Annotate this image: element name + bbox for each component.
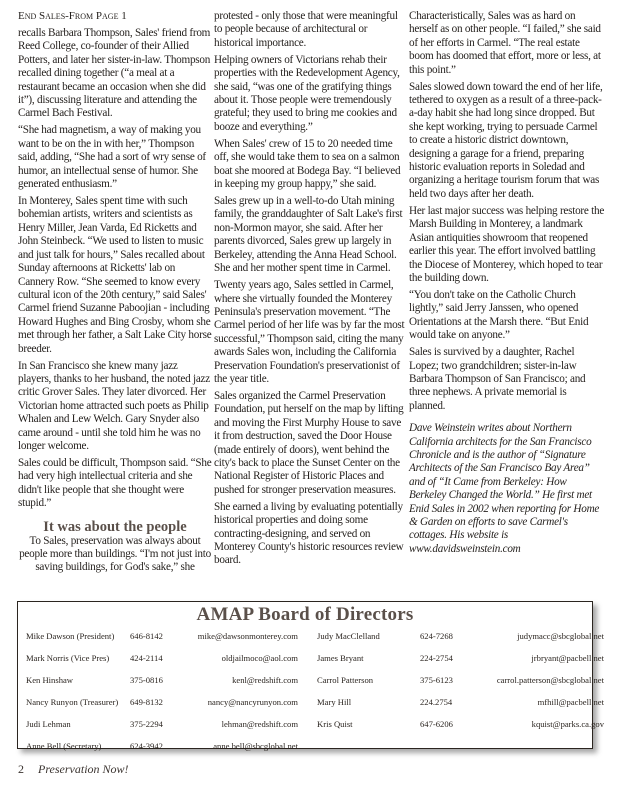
paragraph: She earned a living by evaluating potent… bbox=[214, 501, 406, 568]
paragraph: Sales could be difficult, Thompson said.… bbox=[18, 457, 212, 511]
member-email[interactable]: lehman@redshift.com bbox=[138, 718, 298, 730]
article-column-1: End Sales-From Page 1 recalls Barbara Th… bbox=[18, 10, 212, 575]
paragraph: protested - only those that were meaning… bbox=[214, 10, 406, 50]
paragraph: Twenty years ago, Sales settled in Carme… bbox=[214, 279, 406, 386]
member-name: Mark Norris (Vice Pres) bbox=[26, 652, 109, 664]
page-number: 2 bbox=[18, 762, 24, 777]
member-phone: 224.2754 bbox=[420, 696, 452, 708]
paragraph: Characteristically, Sales was as hard on… bbox=[409, 10, 605, 77]
paragraph: “She had magnetism, a way of making you … bbox=[18, 124, 212, 191]
paragraph: To Sales, preservation was always about … bbox=[18, 535, 212, 575]
board-member-row: Mary Hill 224.2754 mfhill@pacbell.net bbox=[317, 696, 604, 708]
member-email[interactable]: anne.bell@sbcglobal.net bbox=[138, 740, 298, 752]
board-member-row: Kris Quist 647-6206 kquist@parks.ca.gov bbox=[317, 718, 604, 730]
member-email[interactable]: nancy@nancyrunyon.com bbox=[138, 696, 298, 708]
board-of-directors-box: AMAP Board of Directors Mike Dawson (Pre… bbox=[17, 601, 593, 749]
paragraph: Helping owners of Victorians rehab their… bbox=[214, 54, 406, 134]
member-email[interactable]: oldjailmoco@aol.com bbox=[138, 652, 298, 664]
paragraph: Her last major success was helping resto… bbox=[409, 205, 605, 285]
member-email[interactable]: kquist@parks.ca.gov bbox=[462, 718, 604, 730]
paragraph: Sales grew up in a well-to-do Utah minin… bbox=[214, 195, 406, 275]
paragraph: Sales is survived by a daughter, Rachel … bbox=[409, 346, 605, 413]
board-member-row: Mark Norris (Vice Pres) 424-2114 oldjail… bbox=[18, 652, 300, 664]
paragraph: recalls Barbara Thompson, Sales' friend … bbox=[18, 27, 212, 121]
board-member-row: Nancy Runyon (Treasurer) 649-8132 nancy@… bbox=[18, 696, 300, 708]
paragraph: “You don't take on the Catholic Church l… bbox=[409, 289, 605, 343]
paragraph: Sales slowed down toward the end of her … bbox=[409, 81, 605, 202]
member-name: Ken Hinshaw bbox=[26, 674, 73, 686]
paragraph: When Sales' crew of 15 to 20 needed time… bbox=[214, 138, 406, 192]
board-title: AMAP Board of Directors bbox=[18, 604, 592, 626]
member-email[interactable]: judymacc@sbcglobal.net bbox=[462, 630, 604, 642]
member-email[interactable]: kenl@redshift.com bbox=[138, 674, 298, 686]
member-name: Judi Lehman bbox=[26, 718, 71, 730]
article-column-2: protested - only those that were meaning… bbox=[214, 10, 406, 571]
board-member-row: Judi Lehman 375-2294 lehman@redshift.com bbox=[18, 718, 300, 730]
member-name: Kris Quist bbox=[317, 718, 353, 730]
publication-title: Preservation Now! bbox=[38, 762, 129, 777]
member-email[interactable]: mike@dawsonmonterey.com bbox=[138, 630, 298, 642]
member-phone: 647-6206 bbox=[420, 718, 453, 730]
author-bio: Dave Weinstein writes about Northern Cal… bbox=[409, 422, 605, 556]
member-email[interactable]: carrol.patterson@sbcglobal.net bbox=[462, 674, 604, 686]
member-phone: 224-2754 bbox=[420, 652, 453, 664]
member-name: Nancy Runyon (Treasurer) bbox=[26, 696, 118, 708]
member-name: Mary Hill bbox=[317, 696, 351, 708]
board-member-row: Ken Hinshaw 375-0816 kenl@redshift.com bbox=[18, 674, 300, 686]
board-member-row: Mike Dawson (President) 646-8142 mike@da… bbox=[18, 630, 300, 642]
member-phone: 624-7268 bbox=[420, 630, 453, 642]
section-subhead: It was about the people bbox=[18, 519, 212, 535]
member-email[interactable]: jrbryant@pacbell.net bbox=[462, 652, 604, 664]
continued-from-kicker: End Sales-From Page 1 bbox=[18, 10, 212, 23]
member-name: Anne Bell (Secretary) bbox=[26, 740, 101, 752]
board-member-row: James Bryant 224-2754 jrbryant@pacbell.n… bbox=[317, 652, 604, 664]
member-phone: 375-6123 bbox=[420, 674, 453, 686]
member-name: Mike Dawson (President) bbox=[26, 630, 114, 642]
member-name: Judy MacClelland bbox=[317, 630, 380, 642]
paragraph: Sales organized the Carmel Preservation … bbox=[214, 390, 406, 497]
board-member-row: Judy MacClelland 624-7268 judymacc@sbcgl… bbox=[317, 630, 604, 642]
member-name: Carrol Patterson bbox=[317, 674, 373, 686]
board-member-row: Carrol Patterson 375-6123 carrol.patters… bbox=[317, 674, 604, 686]
paragraph: In Monterey, Sales spent time with such … bbox=[18, 195, 212, 356]
member-name: James Bryant bbox=[317, 652, 364, 664]
article-column-3: Characteristically, Sales was as hard on… bbox=[409, 10, 605, 560]
member-email[interactable]: mfhill@pacbell.net bbox=[462, 696, 604, 708]
paragraph: In San Francisco she knew many jazz play… bbox=[18, 360, 212, 454]
board-member-row: Anne Bell (Secretary) 624-3942 anne.bell… bbox=[18, 740, 300, 752]
